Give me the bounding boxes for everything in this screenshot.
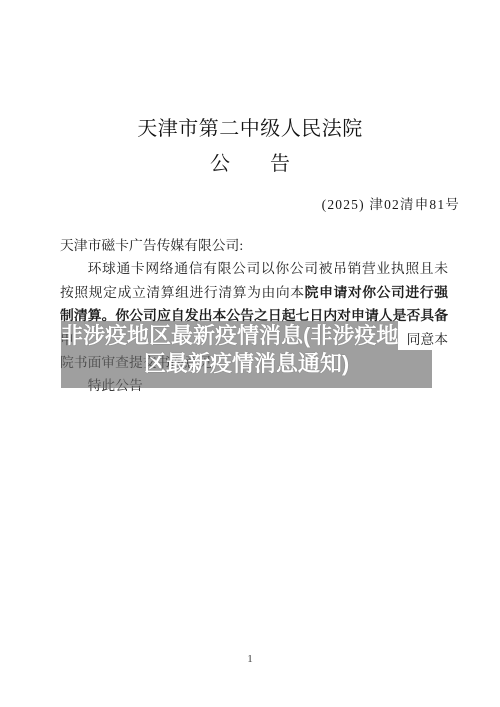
- overlay-banner-line1: 非涉疫地区最新疫情消息(非涉疫地: [61, 321, 398, 350]
- court-name-heading: 天津市第二中级人民法院: [0, 112, 500, 141]
- document-page: 天津市第二中级人民法院 公 告 (2025) 津02清申81号 天津市磁卡广告传…: [0, 0, 500, 707]
- overlay-banner-line2: 区最新疫情消息通知): [61, 350, 432, 388]
- case-number: (2025) 津02清申81号: [0, 193, 460, 213]
- recipient-line: 天津市磁卡广告传媒有限公司:: [60, 234, 448, 257]
- body-line-2: 按照规定成立清算组进行清算为由向本院申请对你公司进行强: [60, 281, 448, 304]
- page-number: 1: [0, 653, 500, 665]
- body-line-2-regular: 按照规定成立清算组进行清算为由向本: [60, 285, 305, 300]
- notice-title: 公 告: [0, 147, 500, 176]
- body-line-1: 环球通卡网络通信有限公司以你公司被吊销营业执照且未: [60, 257, 448, 280]
- occluded-line-right-fragment: 同意本: [407, 328, 448, 351]
- body-line-2-bold: 院申请对你公司进行强: [305, 285, 448, 300]
